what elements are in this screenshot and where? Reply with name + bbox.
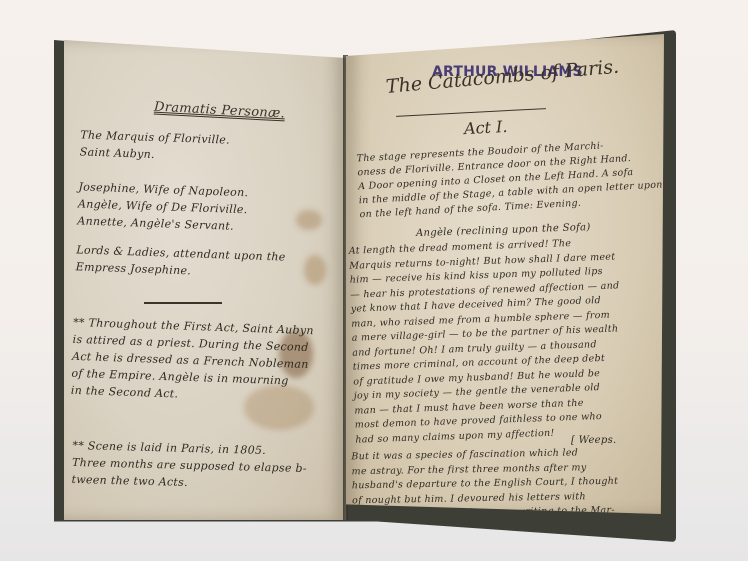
right-page: ARTHUR WILLIAMS The Catacombs of Paris. … — [346, 34, 664, 514]
divider — [144, 302, 222, 304]
left-page: Dramatis Personæ. The Marquis of Florivi… — [64, 40, 346, 520]
stain — [296, 210, 322, 230]
costume-note: ** Throughout the First Act, Saint Aubyn… — [71, 314, 314, 407]
stain — [304, 255, 326, 285]
act-heading: Act I. — [464, 117, 508, 138]
play-title: The Catacombs of Paris. — [385, 56, 620, 98]
manuscript-photo: Dramatis Personæ. The Marquis of Florivi… — [0, 0, 748, 561]
speech-block: At length the dread moment is arrived! T… — [349, 235, 625, 447]
stage-directions: The stage represents the Boudoir of the … — [356, 136, 664, 223]
title-underline — [396, 108, 546, 117]
scene-note: ** Scene is laid in Paris, in 1805. Thre… — [71, 437, 307, 494]
speech-block-2: But it was a species of fascination whic… — [351, 446, 619, 514]
cast-list: The Marquis of Floriville. Saint Aubyn. … — [75, 126, 289, 282]
dramatis-personae-heading: Dramatis Personæ. — [154, 99, 286, 123]
